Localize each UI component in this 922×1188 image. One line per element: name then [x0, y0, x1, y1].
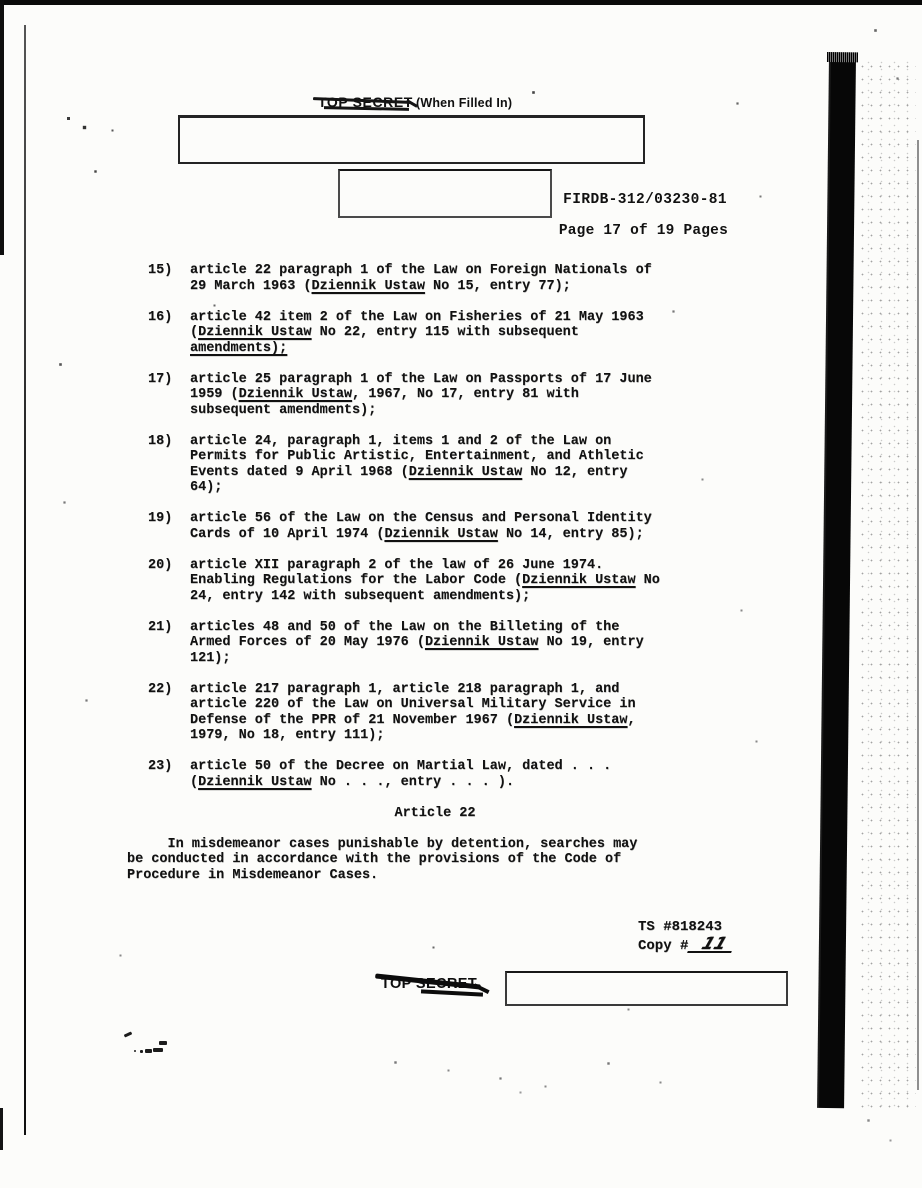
text-line: article XII paragraph 2 of the law of 26… — [190, 558, 660, 574]
text-line: Procedure in Misdemeanor Cases. — [127, 868, 743, 884]
list-item: 16) article 42 item 2 of the Law on Fish… — [148, 310, 743, 357]
list-item-text: article 22 paragraph 1 of the Law on For… — [190, 263, 652, 294]
text-line: Events dated 9 April 1968 (Dziennik Usta… — [190, 465, 644, 481]
list-item-number: 20) — [148, 558, 190, 605]
document-page: TOP SECRET (When Filled In) FIRDB-312/03… — [0, 0, 922, 1188]
text-line: Armed Forces of 20 May 1976 (Dziennik Us… — [190, 635, 644, 651]
list-item: 22) article 217 paragraph 1, article 218… — [148, 682, 743, 744]
document-body: 15) article 22 paragraph 1 of the Law on… — [127, 263, 743, 883]
list-item-text: articles 48 and 50 of the Law on the Bil… — [190, 620, 644, 667]
list-item-text: article 24, paragraph 1, items 1 and 2 o… — [190, 434, 644, 496]
list-item-number: 21) — [148, 620, 190, 667]
document-number: FIRDB-312/03230-81 — [0, 192, 727, 208]
text-line: article 50 of the Decree on Martial Law,… — [190, 759, 611, 775]
redaction-box-1 — [178, 115, 645, 164]
pen-mark — [134, 1050, 136, 1052]
list-item-number: 17) — [148, 372, 190, 419]
list-item: 23) article 50 of the Decree on Martial … — [148, 759, 743, 790]
text-line: article 22 paragraph 1 of the Law on For… — [190, 263, 652, 279]
text-line: 1959 (Dziennik Ustaw, 1967, No 17, entry… — [190, 387, 652, 403]
text-line: Cards of 10 April 1974 (Dziennik Ustaw N… — [190, 527, 652, 543]
text-line: be conducted in accordance with the prov… — [127, 852, 743, 868]
text-line: amendments); — [190, 341, 644, 357]
copy-number-line: Copy #11 — [638, 937, 734, 956]
scan-noise-strip — [858, 60, 916, 1108]
text-line: In misdemeanor cases punishable by deten… — [127, 837, 743, 853]
article-heading: Article 22 — [127, 806, 743, 822]
list-item-text: article XII paragraph 2 of the law of 26… — [190, 558, 660, 605]
page-number-label: Page 17 of 19 Pages — [0, 223, 728, 239]
list-item: 15) article 22 paragraph 1 of the Law on… — [148, 263, 743, 294]
handwritten-copy-number: 11 — [688, 937, 737, 953]
list-item-number: 16) — [148, 310, 190, 357]
list-item-text: article 25 paragraph 1 of the Law on Pas… — [190, 372, 652, 419]
copy-label: Copy # — [638, 938, 688, 954]
classification-header: TOP SECRET (When Filled In) — [318, 94, 512, 110]
scan-edge-left — [0, 0, 4, 255]
list-item-number: 15) — [148, 263, 190, 294]
legal-citation-list: 15) article 22 paragraph 1 of the Law on… — [127, 263, 743, 790]
scan-edge-mark — [0, 1108, 3, 1150]
list-item: 17) article 25 paragraph 1 of the Law on… — [148, 372, 743, 419]
pen-mark — [140, 1050, 143, 1053]
when-filled-in-label: (When Filled In) — [416, 96, 512, 110]
scan-edge-top — [0, 0, 922, 5]
text-line: 29 March 1963 (Dziennik Ustaw No 15, ent… — [190, 279, 652, 295]
pen-mark — [159, 1041, 167, 1045]
text-line: Enabling Regulations for the Labor Code … — [190, 573, 660, 589]
scan-edge-right — [917, 140, 919, 1090]
text-line: 64); — [190, 480, 644, 496]
pen-mark — [153, 1048, 163, 1052]
list-item-number: 19) — [148, 511, 190, 542]
list-item: 20) article XII paragraph 2 of the law o… — [148, 558, 743, 605]
binding-shadow-band — [817, 56, 856, 1108]
list-item-text: article 50 of the Decree on Martial Law,… — [190, 759, 611, 790]
top-secret-stamp: TOP SECRET — [318, 94, 413, 110]
list-item: 21) articles 48 and 50 of the Law on the… — [148, 620, 743, 667]
top-secret-stamp: TOP SECRET — [381, 976, 477, 992]
text-line: article 220 of the Law on Universal Mili… — [190, 697, 636, 713]
list-item-number: 23) — [148, 759, 190, 790]
list-item-number: 18) — [148, 434, 190, 496]
list-item: 18) article 24, paragraph 1, items 1 and… — [148, 434, 743, 496]
text-line: 1979, No 18, entry 111); — [190, 728, 636, 744]
text-line: article 24, paragraph 1, items 1 and 2 o… — [190, 434, 644, 450]
classification-footer: TOP SECRET — [381, 976, 477, 992]
pen-mark — [145, 1049, 152, 1053]
text-line: article 56 of the Law on the Census and … — [190, 511, 652, 527]
text-line: article 42 item 2 of the Law on Fisherie… — [190, 310, 644, 326]
control-number-block: TS #818243 Copy #11 — [638, 919, 734, 955]
text-line: (Dziennik Ustaw No 22, entry 115 with su… — [190, 325, 644, 341]
text-line: article 25 paragraph 1 of the Law on Pas… — [190, 372, 652, 388]
redaction-box-3 — [505, 971, 788, 1006]
text-line: subsequent amendments); — [190, 403, 652, 419]
text-line: articles 48 and 50 of the Law on the Bil… — [190, 620, 644, 636]
text-line: Defense of the PPR of 21 November 1967 (… — [190, 713, 636, 729]
pen-mark — [124, 1031, 133, 1037]
list-item-text: article 217 paragraph 1, article 218 par… — [190, 682, 636, 744]
text-line: Permits for Public Artistic, Entertainme… — [190, 449, 644, 465]
list-item-text: article 56 of the Law on the Census and … — [190, 511, 652, 542]
list-item-text: article 42 item 2 of the Law on Fisherie… — [190, 310, 644, 357]
article-paragraph: In misdemeanor cases punishable by deten… — [127, 837, 743, 884]
scan-noise-specks — [0, 0, 1, 1]
list-item: 19) article 56 of the Law on the Census … — [148, 511, 743, 542]
text-line: 24, entry 142 with subsequent amendments… — [190, 589, 660, 605]
text-line: article 217 paragraph 1, article 218 par… — [190, 682, 636, 698]
text-line: (Dziennik Ustaw No . . ., entry . . . ). — [190, 775, 611, 791]
text-line: 121); — [190, 651, 644, 667]
list-item-number: 22) — [148, 682, 190, 744]
